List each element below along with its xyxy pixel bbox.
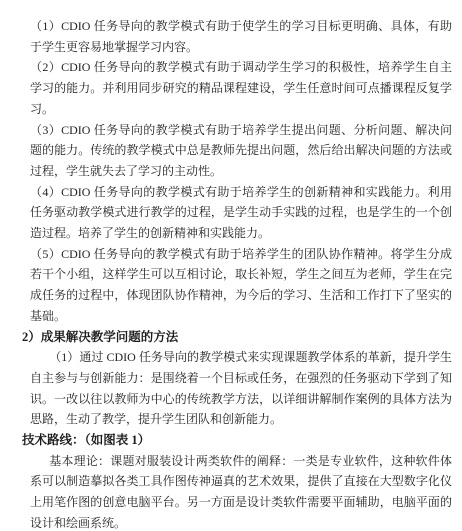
paragraph-methods: （1）通过 CDIO 任务导向的教学模式来实现课题教学体系的革新，提升学生自主参… <box>30 347 452 430</box>
paragraph-technical-route: 基本理论：课题对服装设计两类软件的阐释：一类是专业软件，这种软件体系可以制造摹拟… <box>30 451 452 531</box>
paragraph-advantage-4: （4）CDIO 任务导向的教学模式有助于培养学生的创新精神和实践能力。利用任务驱… <box>30 182 452 244</box>
section-heading-methods: 2）成果解决教学问题的方法 <box>22 327 452 348</box>
paragraph-advantage-3: （3）CDIO 任务导向的教学模式有助于培养学生提出问题、分析问题、解决问题的能… <box>30 120 452 182</box>
paragraph-advantage-1: （1）CDIO 任务导向的教学模式有助于使学生的学习目标更明确、具体，有助于学生… <box>30 16 452 57</box>
section-heading-technical-route: 技术路线：（如图表 1） <box>22 430 452 451</box>
paragraph-advantage-2: （2）CDIO 任务导向的教学模式有助于调动学生学习的积极性，培养学生自主学习的… <box>30 57 452 119</box>
paragraph-advantage-5: （5）CDIO 任务导向的教学模式有助于培养学生的团队协作精神。将学生分成若干个… <box>30 244 452 327</box>
document-page: （1）CDIO 任务导向的教学模式有助于使学生的学习目标更明确、具体，有助于学生… <box>0 0 462 531</box>
